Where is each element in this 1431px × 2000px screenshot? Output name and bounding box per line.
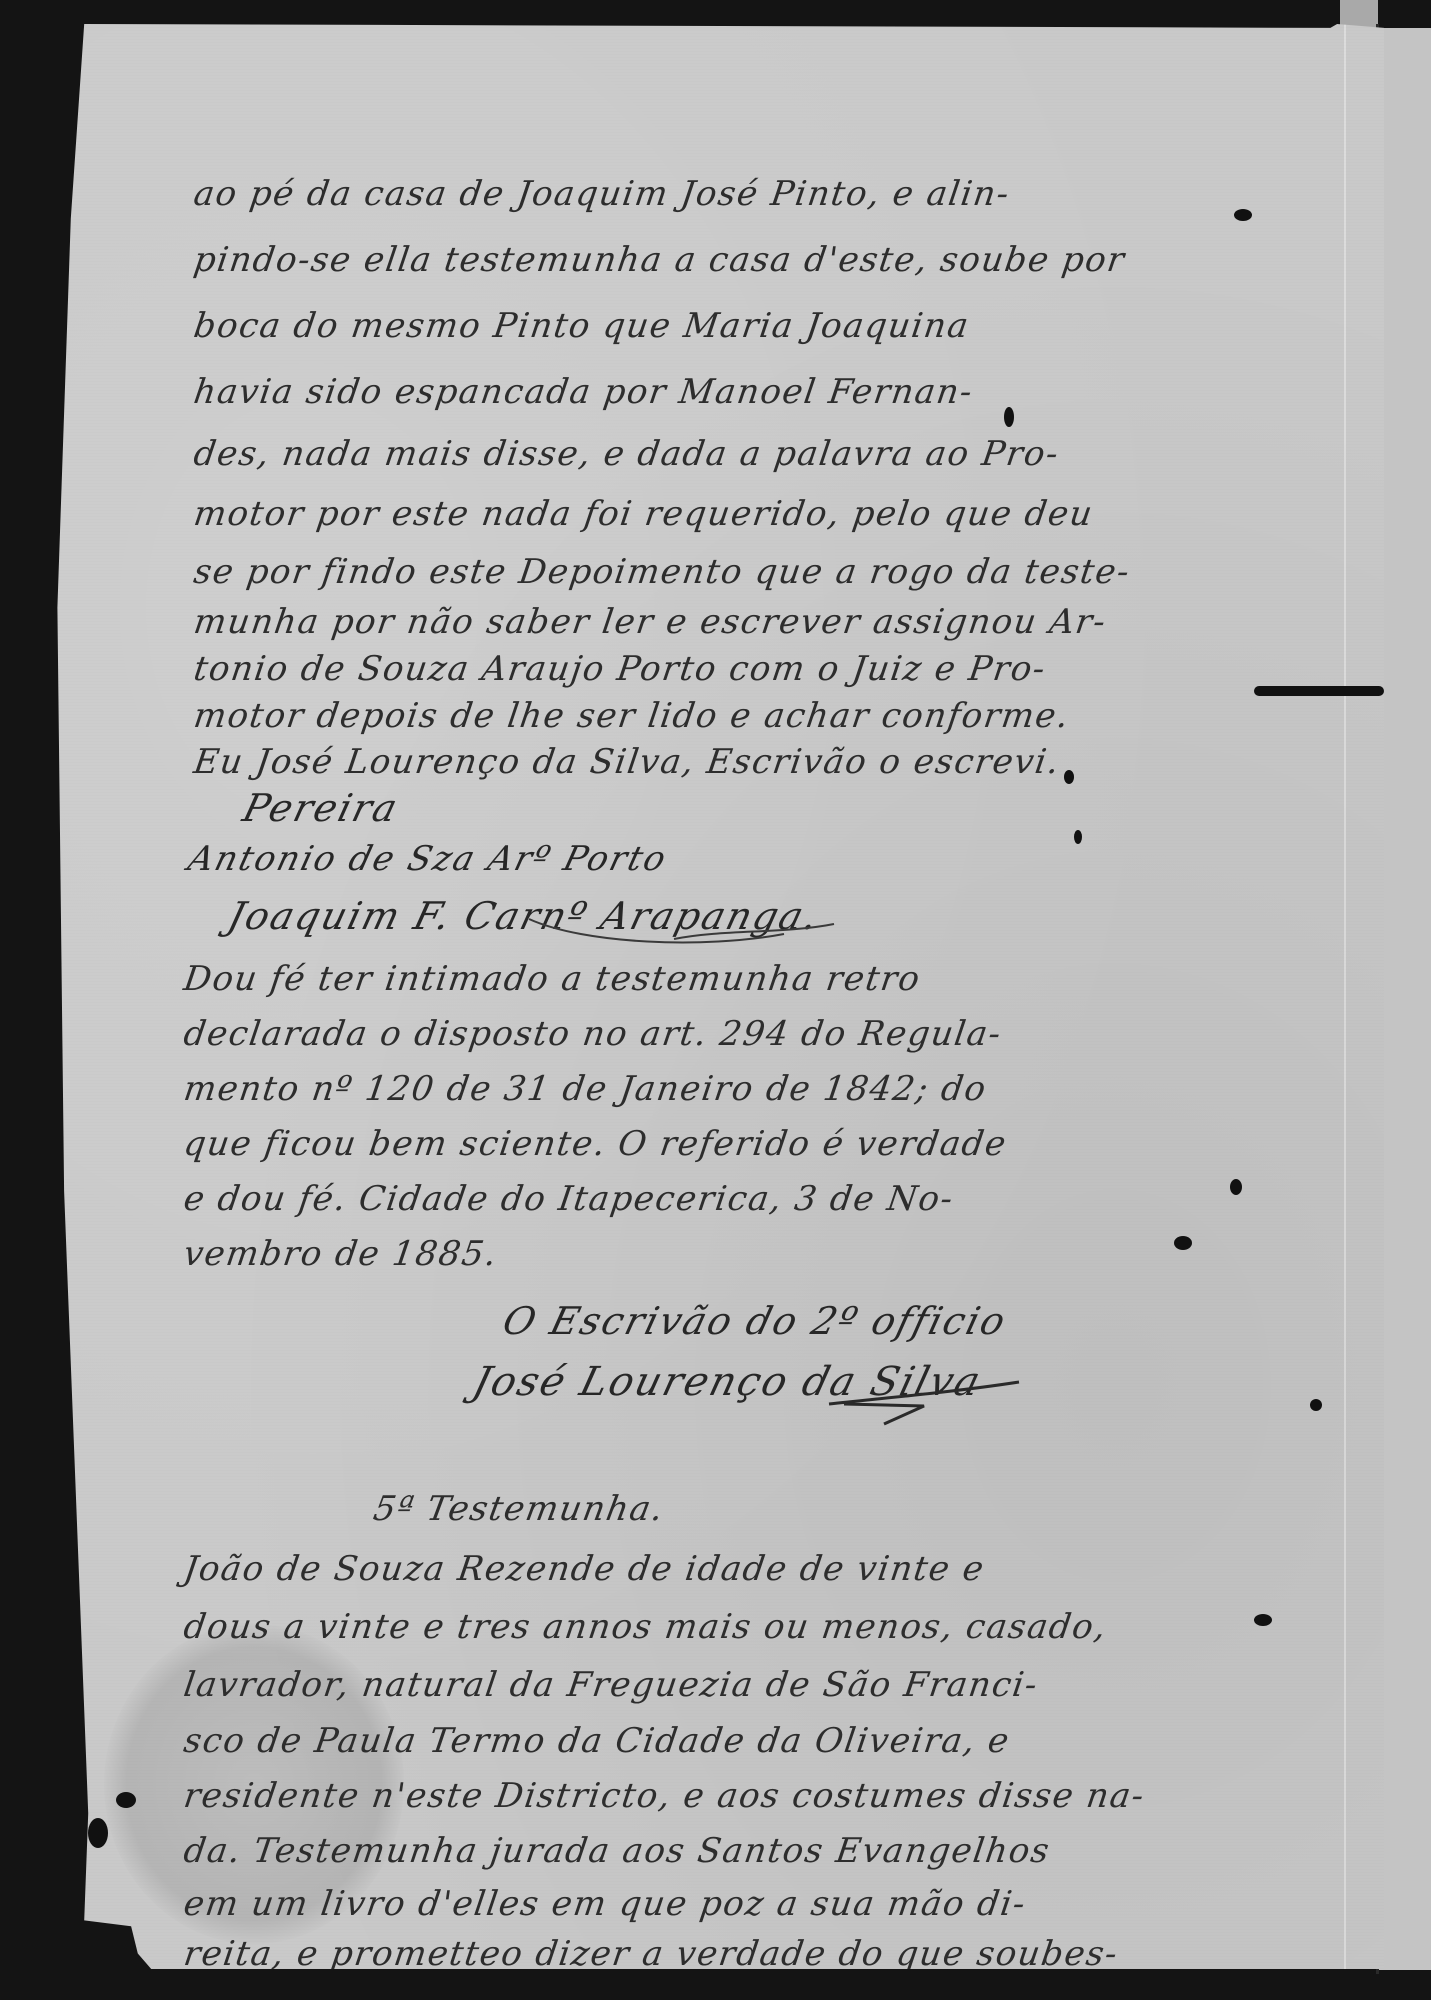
handwritten-text: ao pé da casa de Joaquim José Pinto, e a…	[44, 24, 1384, 1969]
text-line: ao pé da casa de Joaquim José Pinto, e a…	[191, 174, 1012, 214]
text-line: declarada o disposto no art. 294 do Regu…	[181, 1014, 1004, 1054]
ink-blot	[1254, 1614, 1272, 1626]
text-line: motor por este nada foi requerido, pelo …	[191, 494, 1096, 534]
text-line: munha por não saber ler e escrever assig…	[191, 602, 1109, 642]
ink-blot	[1074, 830, 1082, 844]
closing-office: O Escrivão do 2º officio	[499, 1299, 1012, 1343]
ink-blot	[1234, 209, 1252, 221]
ink-blot	[116, 1792, 136, 1808]
text-line: tonio de Souza Araujo Porto com o Juiz e…	[191, 649, 1049, 689]
text-line: reita, e prometteo dizer a verdade do qu…	[181, 1934, 1121, 1974]
signature-flourish	[824, 1374, 1024, 1434]
text-line: motor depois de lhe ser lido e achar con…	[191, 696, 1072, 736]
ink-blot	[1230, 1179, 1242, 1195]
signature-witness-rogo: Antonio de Sza Arº Porto	[184, 839, 672, 879]
text-line: lavrador, natural da Freguezia de São Fr…	[181, 1665, 1041, 1705]
ink-blot	[88, 1818, 108, 1848]
text-line: sco de Paula Termo da Cidade da Oliveira…	[181, 1721, 1012, 1761]
text-line: em um livro d'elles em que poz a sua mão…	[181, 1884, 1029, 1924]
text-line: residente n'este Districto, e aos costum…	[181, 1776, 1147, 1816]
text-line: e dou fé. Cidade do Itapecerica, 3 de No…	[181, 1179, 956, 1219]
text-line: João de Souza Rezende de idade de vinte …	[181, 1549, 987, 1589]
text-line: des, nada mais disse, e dada a palavra a…	[191, 434, 1062, 474]
text-line: se por findo este Depoimento que a rogo …	[191, 552, 1133, 592]
manuscript-page: ao pé da casa de Joaquim José Pinto, e a…	[44, 24, 1384, 1969]
ink-blot	[1004, 407, 1014, 427]
ink-blot	[1064, 770, 1074, 784]
signature-flourish	[524, 904, 844, 954]
signature-pereira: Pereira	[239, 786, 404, 830]
ink-blot	[1174, 1236, 1192, 1250]
text-line: vembro de 1885.	[181, 1234, 500, 1274]
text-line: dous a vinte e tres annos mais ou menos,…	[181, 1607, 1109, 1647]
text-line: Dou fé ter intimado a testemunha retro	[181, 959, 923, 999]
text-line: Eu José Lourenço da Silva, Escrivão o es…	[191, 742, 1062, 782]
ink-blot	[1310, 1399, 1322, 1411]
text-line: mento nº 120 de 31 de Janeiro de 1842; d…	[181, 1069, 989, 1109]
adjacent-page-edge	[1379, 28, 1431, 1970]
text-line: havia sido espancada por Manoel Fernan-	[191, 372, 976, 412]
text-line: boca do mesmo Pinto que Maria Joaquina	[191, 306, 972, 346]
ink-smear	[1254, 686, 1384, 696]
text-line: pindo-se ella testemunha a casa d'este, …	[191, 240, 1128, 280]
text-line: da. Testemunha jurada aos Santos Evangel…	[181, 1831, 1053, 1871]
text-line: que ficou bem sciente. O referido é verd…	[181, 1124, 1009, 1164]
section-heading: 5ª Testemunha.	[370, 1489, 667, 1529]
document-scan: ao pé da casa de Joaquim José Pinto, e a…	[0, 0, 1431, 2000]
